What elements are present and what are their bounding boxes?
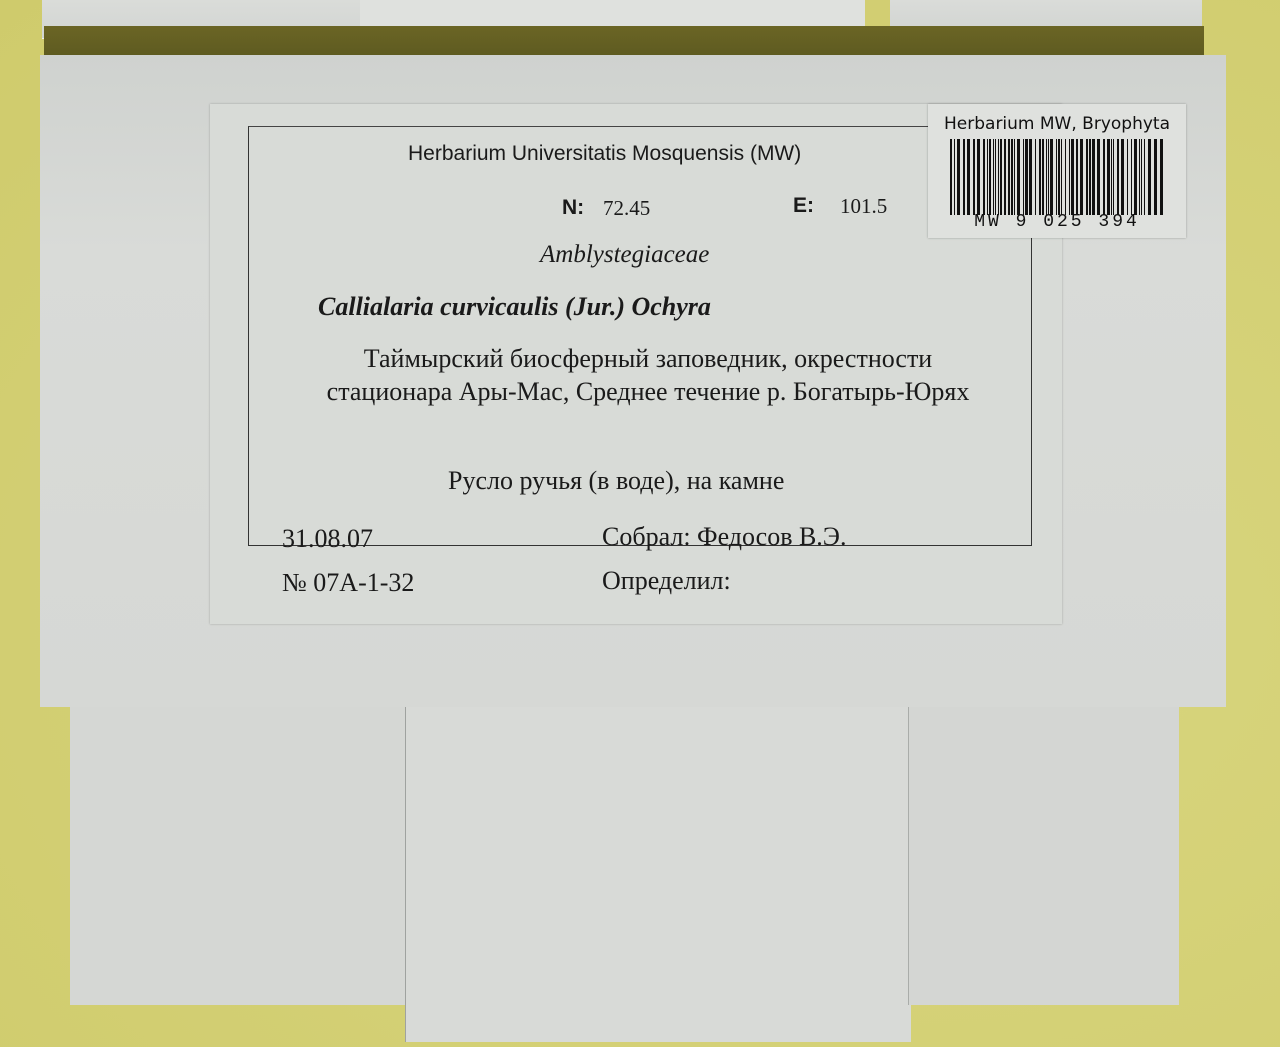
packet-flap-left [70, 705, 405, 1005]
barcode-title: Herbarium MW, Bryophyta [928, 114, 1186, 134]
family-name: Amblystegiaceae [540, 241, 709, 269]
longitude-label: E: [793, 194, 814, 218]
collector: Собрал: Федосов В.Э. [602, 522, 846, 552]
habitat-text: Русло ручья (в воде), на камне [448, 466, 784, 496]
herbarium-title: Herbarium Universitatis Mosquensis (MW) [408, 142, 801, 166]
packet-flap-middle [405, 705, 911, 1042]
specimen-number: № 07А-1-32 [282, 568, 414, 598]
packet-flap-right [908, 705, 1179, 1005]
barcode-icon [950, 139, 1166, 215]
locality-text: Таймырский биосферный заповедник, окрест… [302, 342, 994, 408]
species-name: Callialaria curvicaulis (Jur.) Ochyra [318, 292, 711, 322]
identified-by: Определил: [602, 566, 731, 596]
barcode-number: MW 9 025 394 [928, 212, 1186, 232]
packet-shadow [44, 26, 1204, 58]
collection-date: 31.08.07 [282, 524, 373, 554]
longitude-value: 101.5 [840, 194, 887, 219]
barcode-label: Herbarium MW, Bryophyta MW 9 025 394 [928, 104, 1186, 238]
latitude-value: 72.45 [603, 196, 650, 221]
latitude-label: N: [562, 196, 584, 220]
